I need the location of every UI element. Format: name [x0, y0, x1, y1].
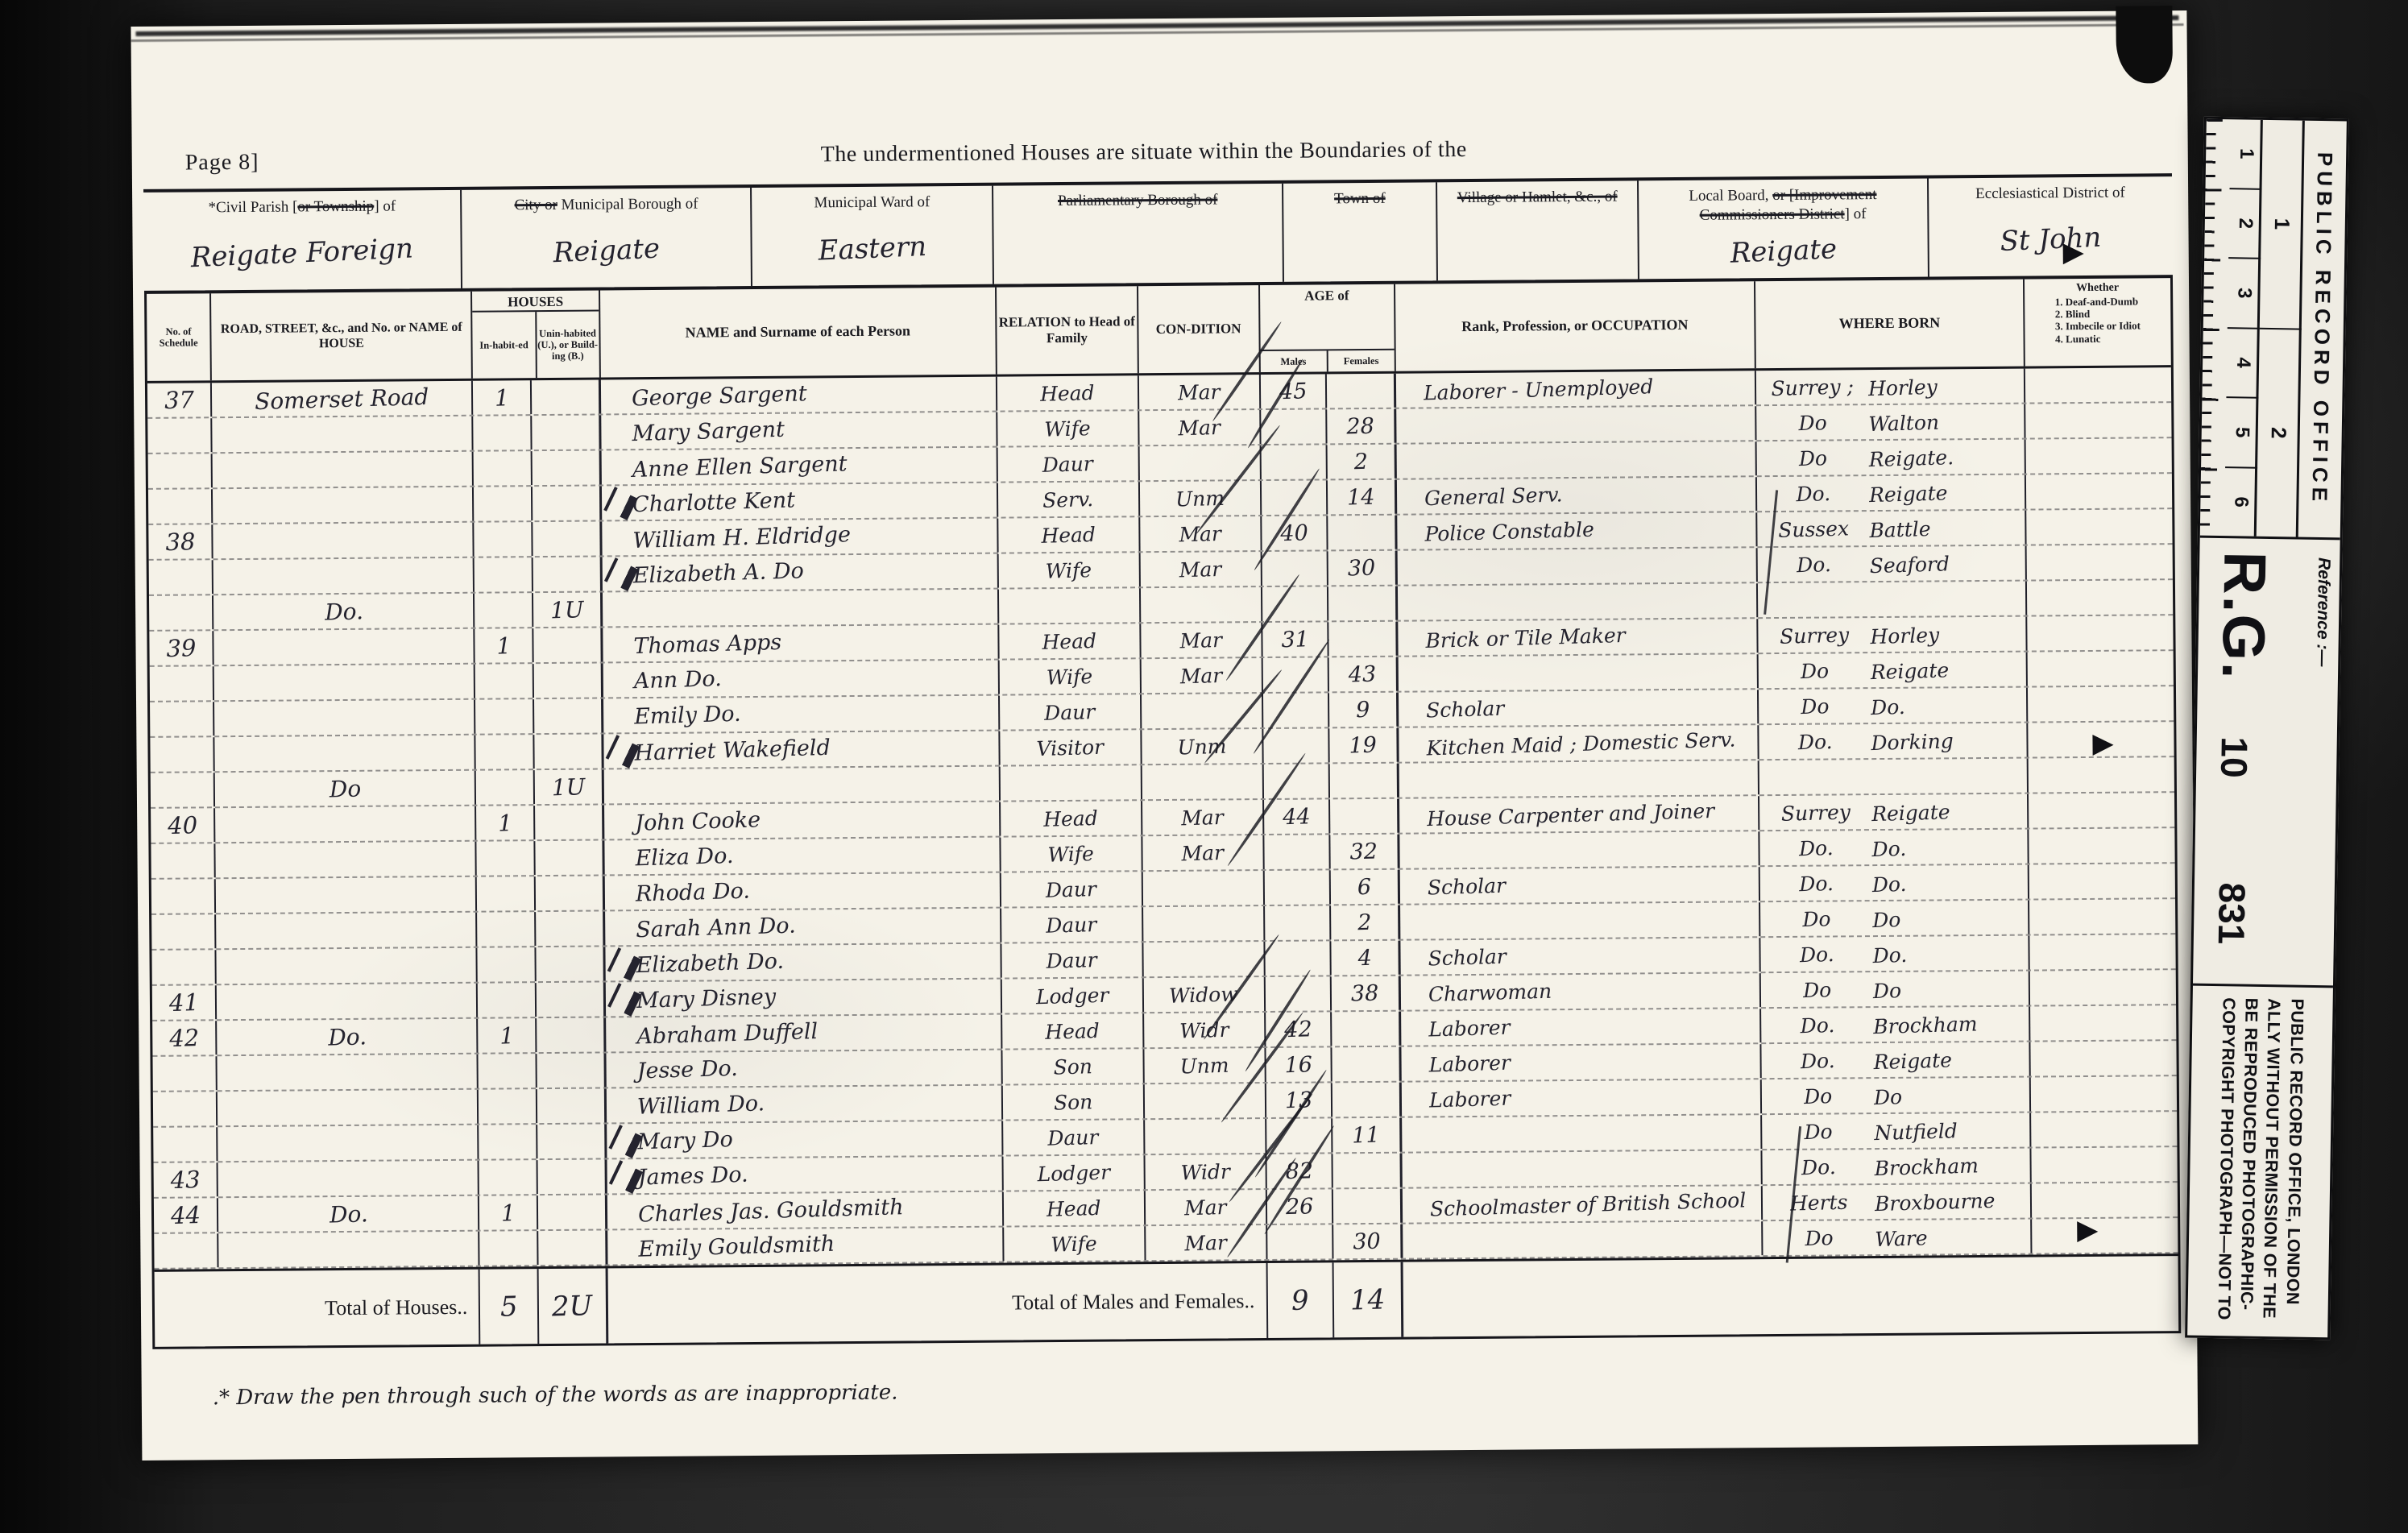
cell-disab [2026, 509, 2172, 544]
cell-inh: 1 [475, 628, 534, 663]
district-label: Parliamentary Borough of [993, 190, 1282, 212]
district-box: Municipal Ward ofEastern [752, 186, 994, 286]
cell-cond: Mar [1141, 658, 1262, 693]
cell-disab [2025, 403, 2171, 437]
district-box: Parliamentary Borough of [993, 184, 1284, 284]
cell-af [1330, 799, 1399, 834]
cell-af: 6 [1331, 870, 1400, 905]
district-value [1283, 208, 1436, 282]
cell-occ [1402, 1150, 1762, 1187]
cell-af: 4 [1332, 941, 1401, 976]
cell-af [1332, 1047, 1402, 1082]
cell-road [214, 665, 475, 701]
cell-born: Do.Brockham [1761, 1007, 2030, 1043]
cell-sched: 38 [148, 524, 213, 559]
cell-name: Thomas Apps [603, 625, 1000, 662]
cell-occ [1398, 583, 1758, 620]
cell-uninh [537, 1053, 607, 1088]
cell-disab [2028, 686, 2174, 721]
cell-rel: Daur [1001, 907, 1143, 942]
cell-sched [152, 1056, 218, 1091]
cell-road [213, 487, 474, 524]
cell-af [1333, 1189, 1403, 1224]
cell-sched [153, 1092, 218, 1126]
reference-section: Reference :— R.G. 10 831 [2193, 538, 2340, 988]
cell-name: Mary Sargent [601, 412, 998, 450]
cell-af [1333, 1154, 1403, 1188]
cell-road: Do. [218, 1196, 479, 1233]
cell-occ [1396, 406, 1756, 443]
cell-rel: Head [1001, 801, 1142, 835]
cell-inh [479, 1054, 537, 1088]
cell-am [1264, 835, 1331, 869]
cell-rel: Daur [1001, 872, 1143, 906]
district-box: *Civil Parish [or Township] ofReigate Fo… [143, 190, 462, 291]
cell-born: DoNutfield [1762, 1113, 2031, 1150]
cell-cond: Mar [1139, 410, 1261, 445]
cell-rel: Wife [997, 411, 1139, 445]
col-females: Females [1328, 350, 1394, 372]
total-houses-label: Total of Houses.. [155, 1295, 479, 1321]
cell-sched: 39 [149, 631, 214, 665]
cell-rel: Daur [1003, 1120, 1145, 1154]
cell-sched: 40 [151, 808, 216, 843]
cell-sched [147, 418, 213, 453]
cell-born: HertsBroxbourne [1763, 1184, 2032, 1220]
cell-inh [475, 522, 533, 557]
ruler-ticks [2200, 119, 2223, 536]
cell-disab [2032, 1183, 2178, 1217]
cell-sched [154, 1233, 219, 1268]
cell-born: Do.Seaford [1758, 546, 2027, 582]
cell-rel: Lodger [1004, 1155, 1146, 1190]
cell-name: Emily Gouldsmith [607, 1228, 1005, 1265]
cell-uninh [533, 486, 602, 520]
cell-name [603, 767, 1001, 804]
cell-uninh [533, 521, 603, 556]
cell-sched [148, 454, 213, 488]
cell-af: 2 [1332, 905, 1401, 940]
cell-born: DoReigate [1759, 653, 2028, 689]
cell-road [218, 1125, 479, 1162]
cell-name: Harriet Wakefield [603, 731, 1001, 769]
cell-af: 30 [1334, 1224, 1403, 1259]
table-body: 37Somerset Road1George SargentHeadMar45L… [147, 367, 2178, 1270]
cell-occ [1399, 760, 1759, 798]
check-mark [608, 1125, 636, 1155]
cell-sched [148, 489, 213, 524]
table-header: No. of Schedule ROAD, STREET, &c., and N… [147, 278, 2171, 383]
census-table: No. of Schedule ROAD, STREET, &c., and N… [144, 275, 2181, 1349]
cell-disab [2029, 934, 2175, 969]
cell-name: William H. Eldridge [602, 519, 999, 556]
cell-name: George Sargent [601, 377, 998, 414]
cell-sched [150, 702, 215, 736]
cell-inh [474, 487, 533, 521]
cell-cond: Unm [1140, 481, 1262, 516]
cell-road [214, 629, 475, 665]
cell-occ: Charwoman [1401, 973, 1761, 1010]
cell-inh [478, 983, 537, 1017]
cell-disab [2030, 1041, 2176, 1075]
col-condition: CON-DITION [1138, 285, 1261, 373]
cell-am [1265, 905, 1332, 940]
cell-sched [150, 666, 215, 701]
cell-occ: Laborer [1402, 1079, 1762, 1117]
cell-occ: Scholar [1400, 938, 1760, 975]
cell-af: 43 [1329, 657, 1399, 692]
cell-road [218, 1054, 479, 1091]
cell-road [219, 1232, 480, 1268]
ink-blot [2116, 6, 2173, 84]
district-value: Eastern [752, 211, 993, 286]
cell-disab [2029, 899, 2175, 934]
cell-name: Mary Disney [605, 980, 1002, 1017]
arrow-mark [2077, 1221, 2098, 1242]
cell-cond [1145, 1119, 1266, 1154]
cell-name [603, 590, 1000, 627]
cell-road [218, 1090, 479, 1126]
cell-disab [2030, 970, 2176, 1005]
cell-born: SurreyReigate [1759, 794, 2029, 831]
cell-inh [474, 416, 533, 450]
cell-road [215, 806, 476, 843]
district-value: Reigate [462, 213, 752, 288]
cell-name: Emily Do. [603, 696, 1001, 733]
cell-road: Do. [218, 1019, 479, 1055]
form-footnote: .* Draw the pen through such of the word… [213, 1381, 898, 1411]
cell-uninh [536, 876, 605, 910]
item-number: 831 [2210, 882, 2254, 945]
cell-born: DoWalton [1756, 404, 2025, 441]
cell-disab [2027, 615, 2173, 650]
ruler: PUBLIC RECORD OFFICE 12 123456 [2200, 119, 2347, 541]
cell-cond: Mar [1140, 516, 1262, 551]
cell-road [213, 452, 474, 488]
cell-occ: Police Constable [1397, 512, 1757, 549]
cell-name: Eliza Do. [604, 838, 1001, 875]
district-box: Village or Hamlet, &c., of [1437, 180, 1639, 280]
cell-occ: House Carpenter and Joiner [1399, 796, 1759, 833]
cell-disab [2027, 545, 2173, 579]
cell-rel: Son [1003, 1084, 1145, 1119]
cell-occ [1400, 902, 1760, 939]
cell-rel: Head [998, 517, 1140, 552]
cell-born [1758, 582, 2027, 618]
col-inhabited: In-habit-ed [479, 339, 528, 351]
cell-road [213, 558, 475, 595]
cell-cond: Widr [1145, 1154, 1266, 1189]
cell-inh [478, 947, 537, 982]
cell-inh [475, 593, 533, 628]
cell-name: Jesse Do. [606, 1050, 1003, 1088]
col-houses: HOUSES [508, 291, 563, 311]
cell-name: John Cooke [604, 802, 1001, 839]
microfilm-scan: Page 8] The undermentioned Houses are si… [0, 0, 2408, 1533]
cell-af [1327, 374, 1396, 408]
cell-name: Ann Do. [603, 661, 1000, 698]
cell-name: Charles Jas. Gouldsmith [607, 1192, 1005, 1229]
cell-uninh [537, 1017, 606, 1052]
cell-road [216, 842, 477, 878]
col-occupation: Rank, Profession, or OCCUPATION [1395, 281, 1756, 371]
cell-sched [150, 737, 215, 772]
cell-uninh [534, 663, 603, 698]
cell-occ: Kitchen Maid ; Domestic Serv. [1399, 725, 1759, 762]
cell-rel: Head [1002, 1013, 1144, 1048]
cell-name: Rhoda Do. [604, 873, 1001, 910]
cell-af [1330, 764, 1399, 798]
district-value [993, 209, 1283, 284]
cell-sched [151, 879, 217, 914]
cell-inh: 1 [479, 1195, 538, 1230]
cell-rel: Head [1004, 1191, 1146, 1225]
cell-rel: Daur [1001, 943, 1143, 977]
total-males-females-label: Total of Males and Females.. [607, 1289, 1266, 1318]
cell-disab [2029, 793, 2174, 827]
pro-strip-content: PUBLIC RECORD OFFICE 12 123456 Reference… [2187, 119, 2347, 1338]
cell-born: Do.Do. [1760, 936, 2029, 972]
cell-disab [2029, 864, 2175, 898]
cell-rel: Daur [1000, 694, 1142, 729]
cell-rel: Wife [1004, 1226, 1146, 1261]
cell-born: SurreyHorley [1758, 617, 2027, 653]
cell-sched [151, 914, 217, 949]
cell-disab [2027, 580, 2173, 615]
cell-occ [1398, 654, 1758, 691]
check-mark [603, 487, 631, 517]
cell-rel: Daur [998, 446, 1140, 481]
cell-rel: Serv. [998, 482, 1140, 516]
series-code: R.G. [2209, 551, 2280, 681]
cell-am [1264, 870, 1331, 905]
cell-uninh [537, 1088, 607, 1123]
district-label: Village or Hamlet, &c., of [1438, 187, 1637, 208]
page-number: Page 8] [185, 150, 259, 176]
cell-inh [479, 1089, 537, 1124]
cell-af: 2 [1328, 445, 1397, 479]
cell-am [1267, 1224, 1334, 1259]
cell-sched: 37 [147, 383, 213, 417]
cell-am [1265, 976, 1332, 1011]
cell-af [1328, 586, 1398, 621]
cell-road: Do. [213, 594, 475, 630]
cell-uninh [537, 947, 606, 981]
check-mark [604, 557, 632, 588]
cell-am [1263, 764, 1330, 798]
cell-rel: Wife [1001, 836, 1142, 871]
cell-occ: Laborer [1401, 1009, 1761, 1046]
cell-road [217, 948, 478, 984]
cell-occ: Schoolmaster of British School [1403, 1186, 1763, 1223]
cell-sched [151, 843, 216, 878]
cell-name: Elizabeth A. Do [602, 554, 999, 591]
cell-cond [1141, 587, 1262, 622]
district-box: City or Municipal Borough ofReigate [462, 188, 752, 288]
cell-occ: Laborer - Unemployed [1396, 371, 1756, 408]
cell-rel: Head [997, 375, 1139, 410]
cell-road [213, 523, 475, 559]
cell-born: DoReigate. [1757, 440, 2026, 476]
cell-af [1328, 516, 1398, 550]
cell-inh [478, 912, 537, 947]
check-mark [607, 983, 635, 1013]
district-label: City or Municipal Borough of [462, 194, 750, 216]
cell-occ [1402, 1115, 1762, 1152]
cell-road [216, 877, 477, 914]
cell-rel: Son [1002, 1049, 1144, 1083]
cell-sched: 44 [154, 1198, 219, 1233]
district-value: St John [1929, 202, 2173, 277]
cell-born: DoDo [1760, 901, 2029, 937]
cell-born: DoWare [1763, 1220, 2032, 1256]
cell-name: Elizabeth Do. [605, 944, 1002, 981]
cell-disab [2032, 1218, 2178, 1253]
total-females: 14 [1349, 1283, 1385, 1316]
cell-born: Surrey ;Horley [1756, 369, 2025, 405]
cell-road [217, 984, 478, 1020]
arrow-mark [2063, 243, 2084, 264]
cell-am: 45 [1260, 374, 1327, 408]
cell-inh: 1 [473, 380, 532, 415]
cell-sched [151, 950, 217, 984]
cell-name: Charlotte Kent [602, 483, 999, 520]
cell-occ: Laborer [1401, 1044, 1761, 1081]
cell-cond [1143, 942, 1265, 976]
cell-cond [1142, 764, 1264, 799]
district-label: Local Board, or [Improvement Commissione… [1639, 185, 1927, 226]
cell-name: Sarah Ann Do. [605, 909, 1002, 946]
cell-inh [476, 735, 535, 769]
cell-am: 44 [1264, 799, 1331, 834]
cell-occ [1399, 831, 1759, 868]
cell-uninh [535, 734, 604, 769]
district-value: Reigate [1639, 223, 1928, 279]
cell-occ [1403, 1221, 1763, 1258]
col-age: AGE of [1304, 284, 1349, 305]
cell-disab [2030, 1005, 2176, 1040]
col-road: ROAD, STREET, &c., and No. or NAME of HO… [211, 292, 473, 381]
cell-af: 38 [1332, 976, 1401, 1011]
cell-disab [2029, 828, 2174, 863]
cell-occ: Scholar [1399, 690, 1759, 727]
pro-reference-strip: PUBLIC RECORD OFFICE 12 123456 Reference… [2185, 117, 2349, 1340]
cell-born: Do.Reigate [1761, 1042, 2030, 1079]
col-name: NAME and Surname of each Person [600, 288, 997, 378]
cell-uninh [533, 450, 602, 485]
total-houses-uninhabited: 2U [552, 1290, 593, 1323]
cell-occ: General Serv. [1397, 477, 1757, 514]
cell-am: 26 [1266, 1189, 1333, 1224]
cell-cond: Widr [1144, 1013, 1266, 1047]
cell-road [213, 416, 474, 453]
cell-uninh [538, 1195, 607, 1229]
district-label: *Civil Parish [or Township] of [143, 197, 460, 218]
cell-disab [2025, 367, 2171, 402]
cell-occ: Brick or Tile Maker [1398, 619, 1758, 656]
total-males: 9 [1291, 1284, 1310, 1317]
cell-disab [2031, 1076, 2177, 1111]
cell-am [1261, 445, 1328, 479]
piece-number: 10 [2212, 736, 2257, 778]
cell-cond: Mar [1146, 1190, 1267, 1224]
col-disabilities-title: Whether [2076, 282, 2119, 296]
cell-road [218, 1161, 479, 1197]
cell-inh: 1 [476, 806, 535, 840]
district-box: Local Board, or [Improvement Commissione… [1639, 179, 1929, 280]
cell-born [1759, 759, 2029, 795]
cell-inh [477, 841, 536, 876]
cell-disab [2026, 438, 2172, 473]
cell-af: 11 [1333, 1118, 1403, 1153]
cell-disab [2028, 651, 2174, 686]
cell-uninh: 1U [535, 769, 604, 804]
cell-uninh [533, 415, 602, 450]
check-mark [609, 1160, 636, 1191]
cell-cond: Mar [1142, 800, 1264, 835]
cell-inh [479, 1160, 538, 1195]
district-value: Reigate Foreign [143, 216, 461, 291]
cell-af [1332, 1012, 1402, 1046]
cell-inh [475, 664, 534, 698]
col-schedule: No. of Schedule [148, 325, 209, 349]
cell-born: Do.Do. [1759, 830, 2029, 866]
cell-sched [149, 595, 214, 630]
census-page: Page 8] The undermentioned Houses are si… [131, 10, 2198, 1460]
reference-label: Reference :— [2312, 557, 2333, 667]
cell-cond: Mar [1140, 552, 1262, 586]
cell-rel: Head [999, 624, 1141, 658]
cell-occ [1397, 548, 1757, 585]
cell-occ [1396, 441, 1756, 479]
cell-name: Anne Ellen Sargent [601, 448, 998, 485]
cell-name: James Do. [607, 1157, 1004, 1194]
cell-name: Mary Do [607, 1121, 1004, 1158]
cell-disab [2026, 474, 2172, 508]
cell-am [1263, 728, 1330, 763]
cell-sched [151, 773, 216, 807]
col-where-born: WHERE BORN [1755, 280, 2025, 369]
cell-inh [475, 557, 533, 592]
cell-disab [2032, 1147, 2178, 1182]
col-disabilities-list: 1. Deaf-and-Dumb2. Blind3. Imbecile or I… [2055, 295, 2141, 345]
cell-uninh: 1U [533, 592, 603, 627]
cell-occ: Scholar [1400, 867, 1760, 904]
cell-inh [477, 876, 536, 911]
cell-born: DoDo [1761, 972, 2030, 1008]
cell-cond [1143, 906, 1265, 941]
cell-inh [476, 770, 535, 805]
page-title: The undermentioned Houses are situate wi… [132, 131, 2156, 173]
cell-af: 30 [1328, 551, 1398, 586]
cell-inh [480, 1231, 539, 1266]
cell-uninh [535, 805, 604, 839]
cell-sched [153, 1127, 218, 1162]
cell-af [1332, 1083, 1402, 1117]
copyright-notice: COPYRIGHT PHOTOGRAPH—NOT TOBE REPRODUCED… [2187, 986, 2333, 1338]
district-box: Ecclesiastical District ofSt John [1929, 176, 2173, 276]
cell-name: Abraham Duffell [606, 1015, 1003, 1052]
cell-born: DoDo. [1759, 688, 2028, 724]
cell-sched: 43 [154, 1162, 219, 1197]
cell-inh [475, 699, 534, 734]
cell-uninh [532, 379, 601, 414]
cell-road: Do [215, 771, 476, 807]
cell-disab [2031, 1112, 2177, 1146]
cell-sched [149, 560, 214, 595]
cell-uninh [533, 557, 603, 591]
ruler-cm-scale: 123456 [2224, 119, 2263, 537]
